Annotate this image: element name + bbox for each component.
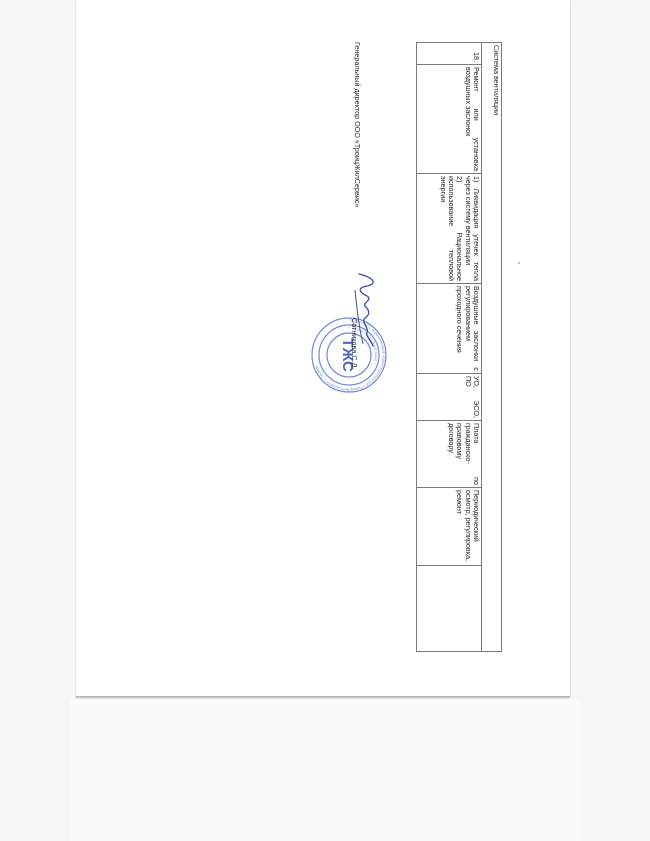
table-row: 18. Ремонт или установка воздушных засло… xyxy=(417,43,482,652)
row-number: 18. xyxy=(417,43,482,65)
next-page-area xyxy=(70,700,580,841)
cell-equipment: Воздушные заслонки с регулированием прох… xyxy=(417,284,482,374)
section-row: Система вентиляции xyxy=(482,43,502,652)
director-title: Генеральный директор ООО «ТроицЖилСервис… xyxy=(353,42,362,207)
cell-extra xyxy=(417,566,482,652)
cell-work: Ремонт или установка воздушных заслонок xyxy=(417,65,482,174)
rotated-content: Система вентиляции 18. Ремонт или устано… xyxy=(0,0,505,697)
cell-effect: 1) Ликвидация утечек тепла через систему… xyxy=(417,174,482,284)
signatory-name: Сотникова С.Д. xyxy=(350,318,359,369)
cell-executor: УО, ЭСО, ПО xyxy=(417,374,482,421)
section-title: Система вентиляции xyxy=(482,43,502,652)
cell-periodicity: Периодический осмотр, регулировка, ремон… xyxy=(417,488,482,566)
effect-2: 2) Рациональное использование тепловой э… xyxy=(439,176,464,281)
scan-speck xyxy=(518,262,520,264)
cell-financing: Плата по гражданско-правовому договору xyxy=(417,421,482,488)
effect-1: 1) Ликвидация утечек тепла через систему… xyxy=(463,176,480,281)
measures-table: Система вентиляции 18. Ремонт или устано… xyxy=(416,42,502,652)
